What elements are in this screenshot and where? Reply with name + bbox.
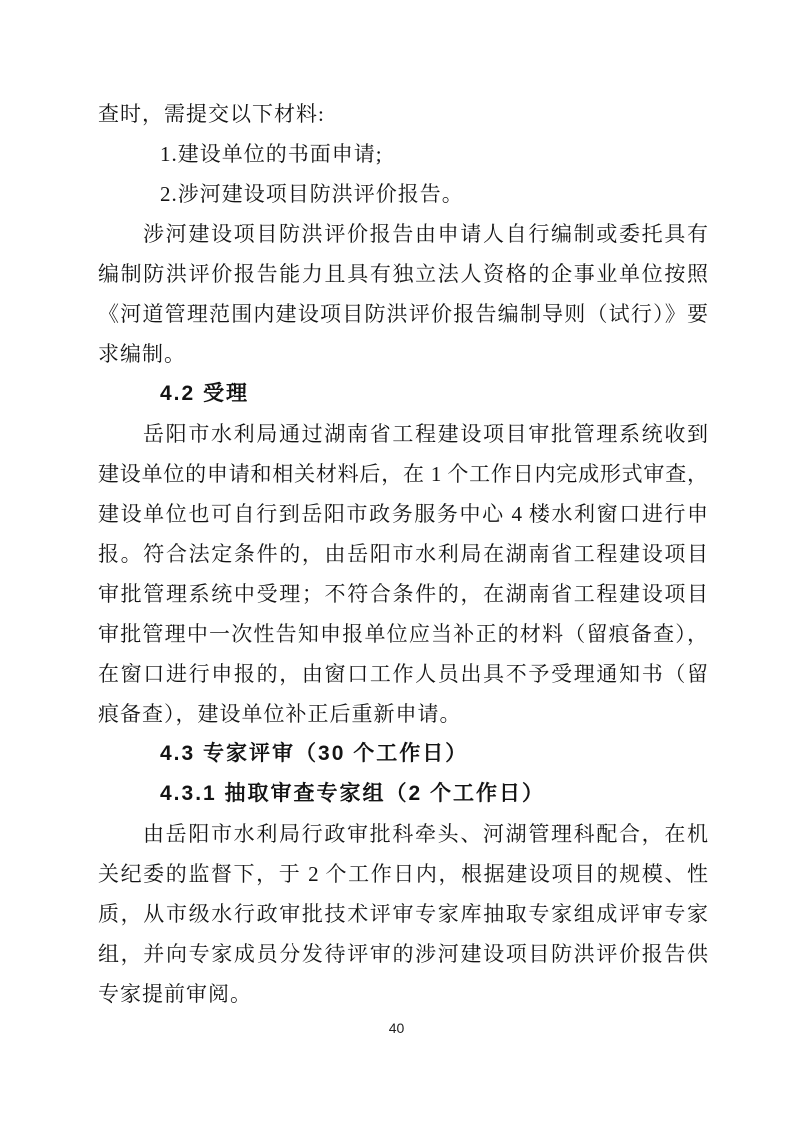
- body-line: 在窗口进行申报的，由窗口工作人员出具不予受理通知书（留: [98, 654, 708, 694]
- body-line: 报。符合法定条件的，由岳阳市水利局在湖南省工程建设项目: [98, 534, 708, 574]
- body-line: 编制防洪评价报告能力且具有独立法人资格的企事业单位按照: [98, 254, 708, 294]
- body-line: 组，并向专家成员分发待评审的涉河建设项目防洪评价报告供: [98, 934, 708, 974]
- body-line: 审批管理中一次性告知申报单位应当补正的材料（留痕备查），: [98, 614, 708, 654]
- body-line: 关纪委的监督下，于 2 个工作日内，根据建设项目的规模、性: [98, 854, 708, 894]
- body-line: 专家提前审阅。: [98, 974, 708, 1014]
- body-line: 查时，需提交以下材料:: [98, 94, 708, 134]
- list-item-1: 1.建设单位的书面申请;: [98, 134, 708, 174]
- body-line: 建设单位的申请和相关材料后，在 1 个工作日内完成形式审查，: [98, 454, 708, 494]
- body-line: 建设单位也可自行到岳阳市政务服务中心 4 楼水利窗口进行申: [98, 494, 708, 534]
- heading-4-3: 4.3 专家评审（30 个工作日）: [98, 734, 708, 774]
- list-item-2: 2.涉河建设项目防洪评价报告。: [98, 174, 708, 214]
- body-line: 求编制。: [98, 334, 708, 374]
- document-body: 查时，需提交以下材料: 1.建设单位的书面申请; 2.涉河建设项目防洪评价报告。…: [98, 94, 708, 1014]
- body-line: 《河道管理范围内建设项目防洪评价报告编制导则（试行）》要: [98, 294, 708, 334]
- body-line: 涉河建设项目防洪评价报告由申请人自行编制或委托具有: [98, 214, 708, 254]
- body-line: 审批管理系统中受理；不符合条件的，在湖南省工程建设项目: [98, 574, 708, 614]
- heading-4-3-1: 4.3.1 抽取审查专家组（2 个工作日）: [98, 774, 708, 814]
- body-line: 质，从市级水行政审批技术评审专家库抽取专家组成评审专家: [98, 894, 708, 934]
- page-number: 40: [0, 1020, 793, 1036]
- body-line: 痕备查），建设单位补正后重新申请。: [98, 694, 708, 734]
- body-line: 由岳阳市水利局行政审批科牵头、河湖管理科配合，在机: [98, 814, 708, 854]
- document-page: 查时，需提交以下材料: 1.建设单位的书面申请; 2.涉河建设项目防洪评价报告。…: [0, 0, 793, 1122]
- body-line: 岳阳市水利局通过湖南省工程建设项目审批管理系统收到: [98, 414, 708, 454]
- heading-4-2: 4.2 受理: [98, 374, 708, 414]
